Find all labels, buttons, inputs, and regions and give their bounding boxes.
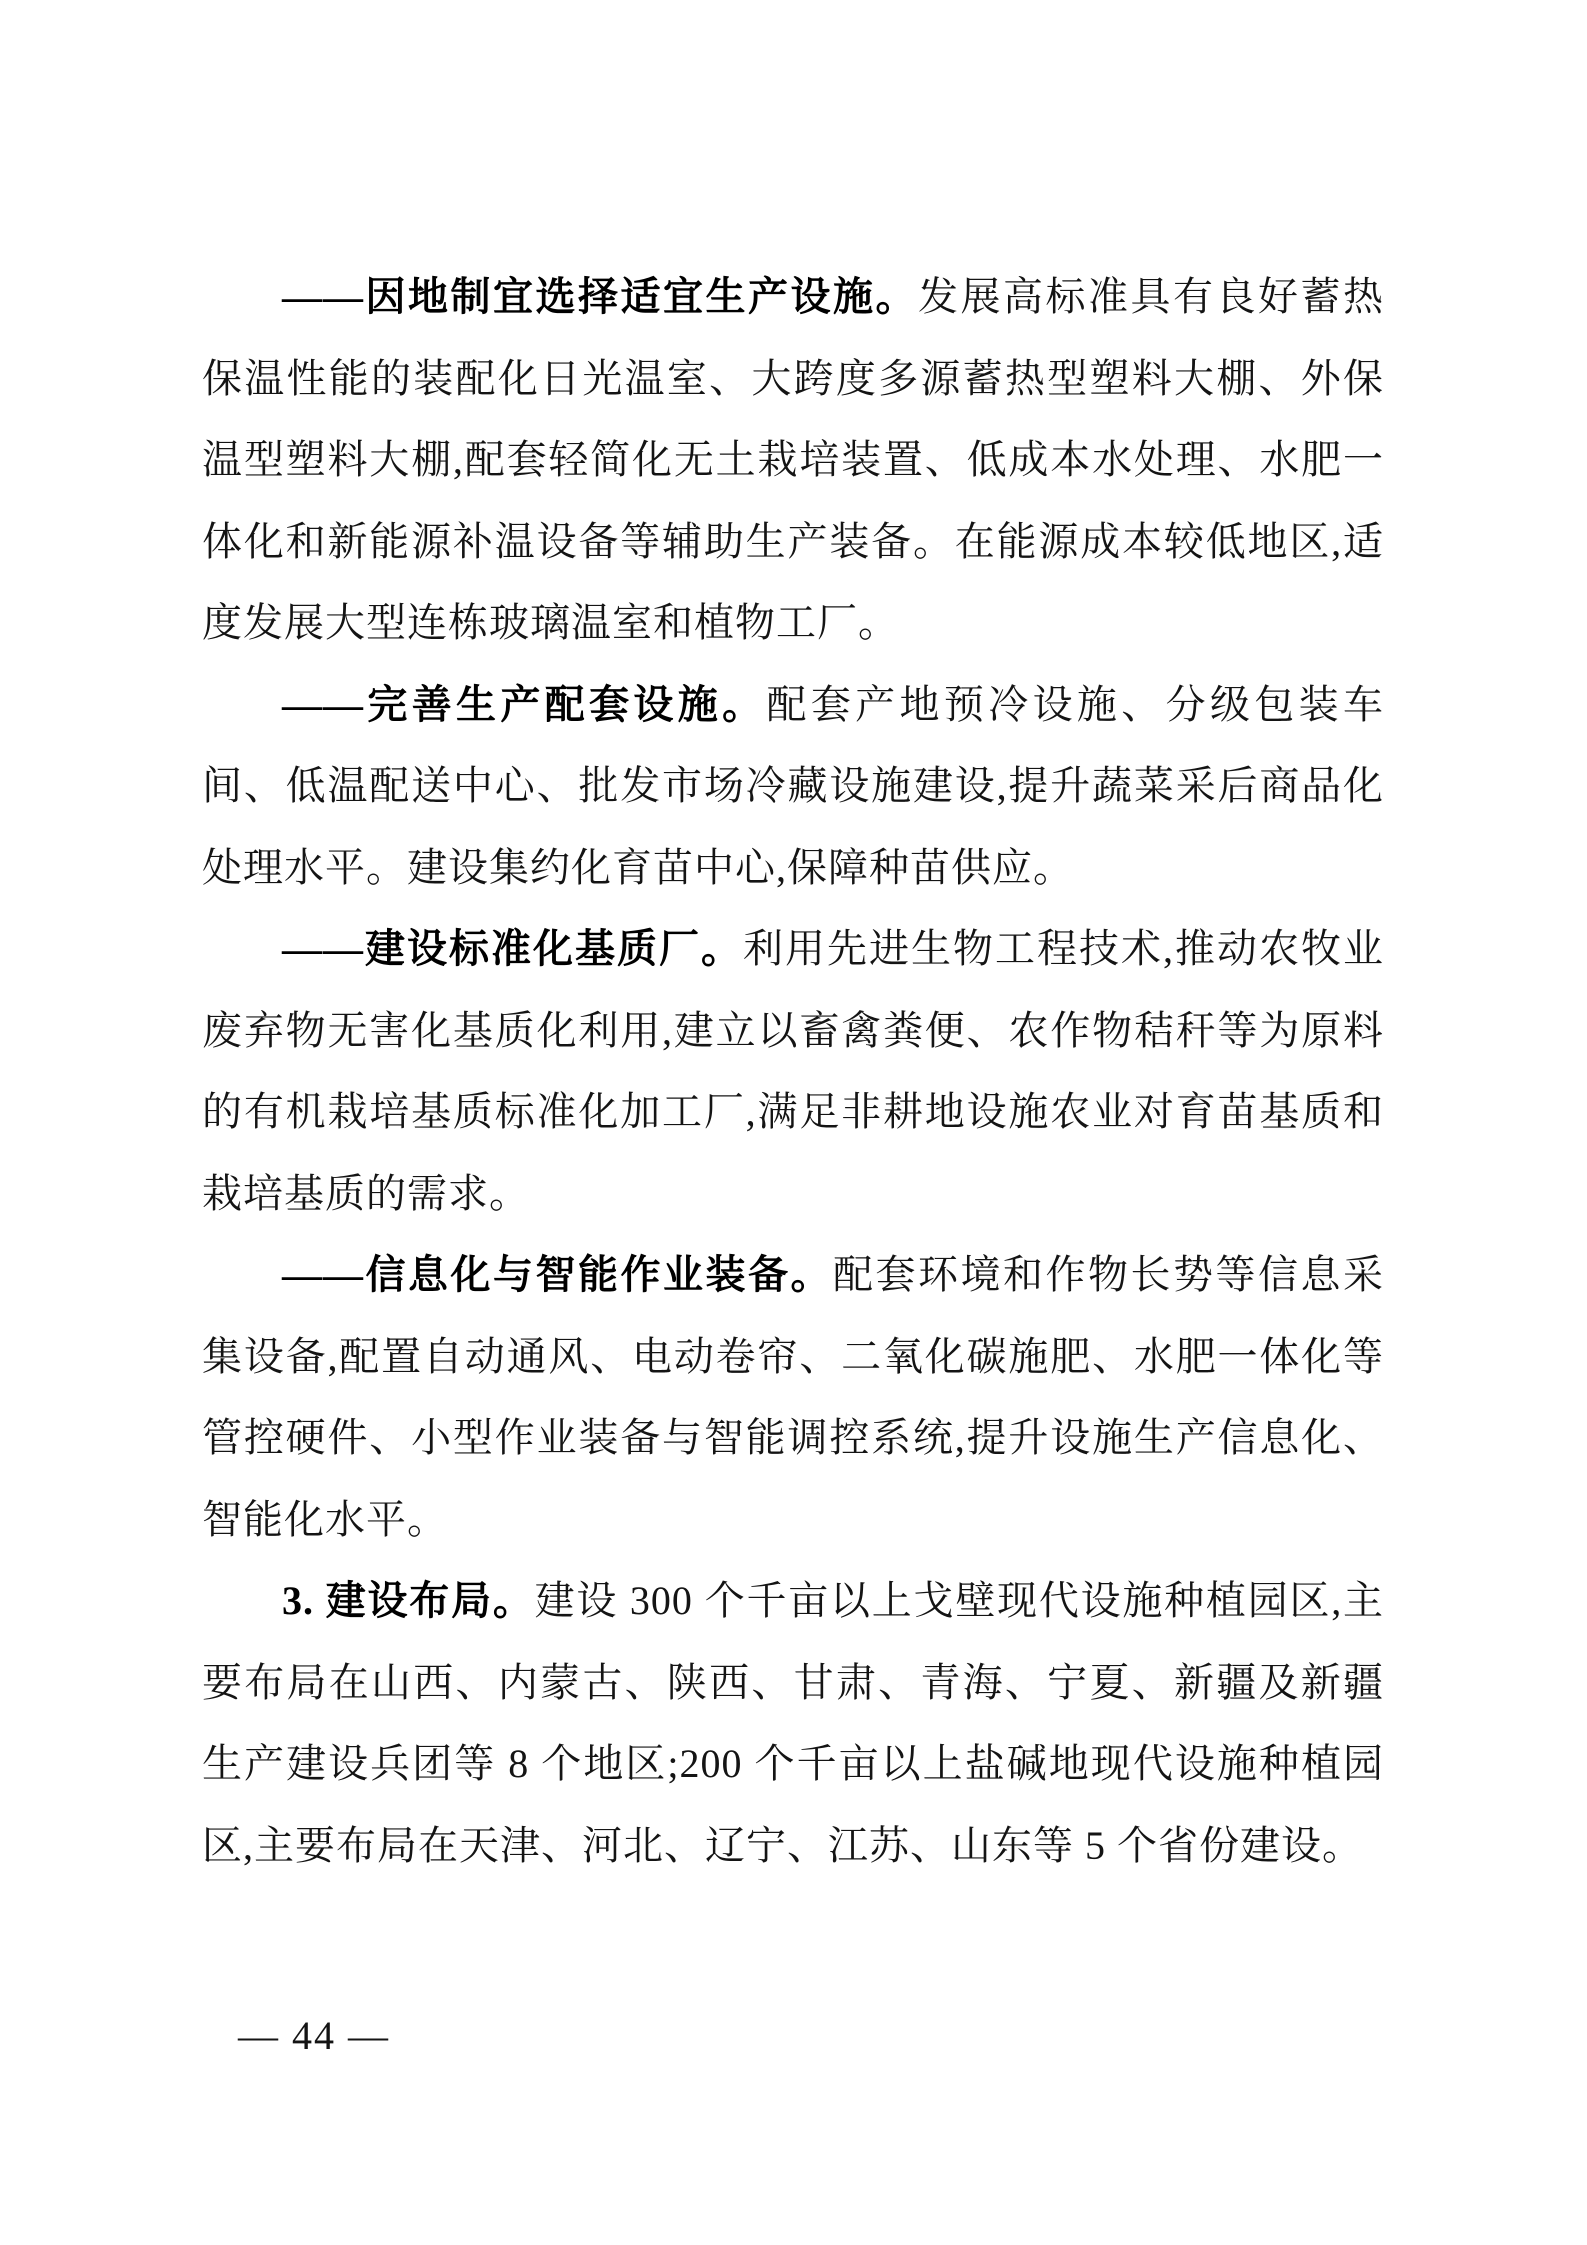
paragraph: ——信息化与智能作业装备。配套环境和作物长势等信息采集设备,配置自动通风、电动卷…: [202, 1234, 1384, 1560]
paragraph: ——完善生产配套设施。配套产地预冷设施、分级包装车间、低温配送中心、批发市场冷藏…: [202, 664, 1384, 909]
document-page: ——因地制宜选择适宜生产设施。发展高标准具有良好蓄热保温性能的装配化日光温室、大…: [0, 0, 1587, 2245]
paragraph: ——因地制宜选择适宜生产设施。发展高标准具有良好蓄热保温性能的装配化日光温室、大…: [202, 256, 1384, 664]
paragraph-body: 发展高标准具有良好蓄热保温性能的装配化日光温室、大跨度多源蓄热型塑料大棚、外保温…: [202, 274, 1384, 645]
paragraph: 3. 建设布局。建设 300 个千亩以上戈壁现代设施种植园区,主要布局在山西、内…: [202, 1560, 1384, 1886]
paragraph-lead: ——信息化与智能作业装备。: [282, 1252, 833, 1297]
paragraph-lead: 3. 建设布局。: [282, 1578, 535, 1623]
paragraph: ——建设标准化基质厂。利用先进生物工程技术,推动农牧业废弃物无害化基质化利用,建…: [202, 908, 1384, 1234]
paragraph-lead: ——建设标准化基质厂。: [282, 926, 743, 971]
paragraph-lead: ——完善生产配套设施。: [282, 682, 766, 727]
page-number: — 44 —: [238, 2014, 390, 2058]
document-body: ——因地制宜选择适宜生产设施。发展高标准具有良好蓄热保温性能的装配化日光温室、大…: [202, 256, 1384, 1886]
paragraph-lead: ——因地制宜选择适宜生产设施。: [282, 274, 918, 319]
